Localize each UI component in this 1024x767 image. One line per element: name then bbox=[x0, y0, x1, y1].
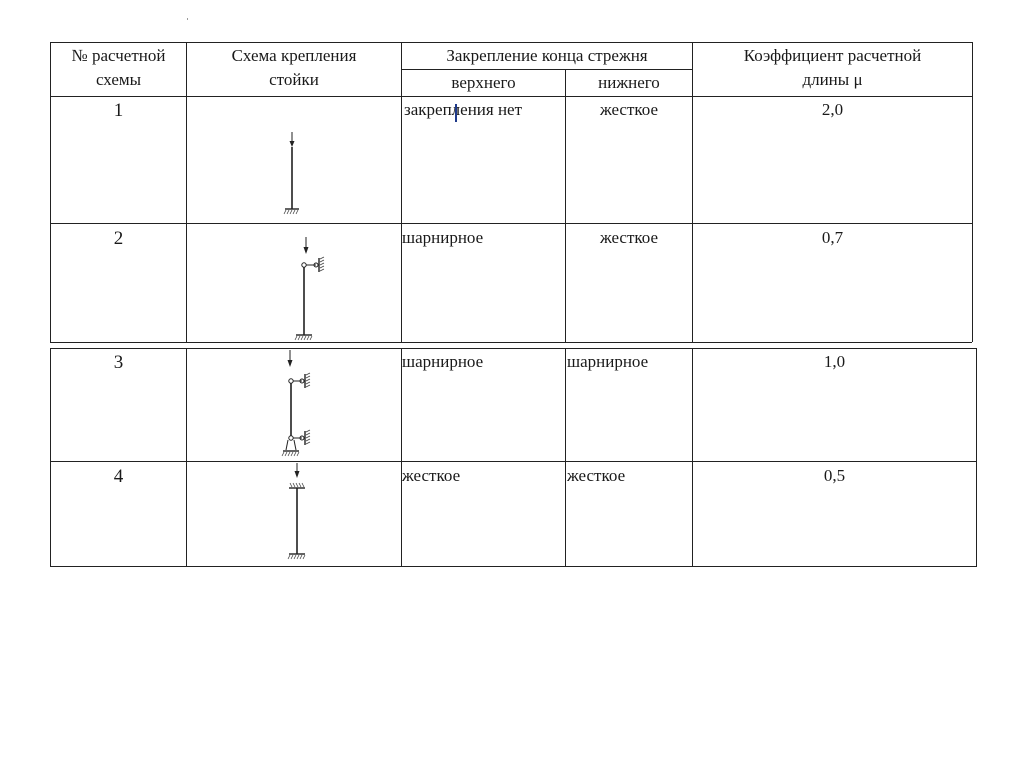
text-cursor bbox=[455, 104, 457, 122]
row-lower-fixing: жесткое bbox=[567, 466, 625, 486]
row-mu: 0,5 bbox=[693, 466, 976, 486]
pinned-top-pinned-bottom-column-icon bbox=[280, 350, 320, 460]
row-upper-fixing: шарнирное bbox=[402, 228, 483, 248]
table-border bbox=[50, 566, 977, 567]
row-lower-fixing: жесткое bbox=[566, 228, 692, 248]
header-upper: верхнего bbox=[402, 73, 565, 93]
header-scheme-diagram-line1: Схема крепления bbox=[187, 46, 401, 66]
header-lower: нижнего bbox=[566, 73, 692, 93]
row-mu: 1,0 bbox=[693, 352, 976, 372]
row-mu: 0,7 bbox=[693, 228, 972, 248]
table-border bbox=[50, 342, 972, 343]
table-border bbox=[692, 348, 693, 567]
table-border bbox=[50, 461, 977, 462]
header-scheme-number-line2: схемы bbox=[51, 70, 186, 90]
pinned-top-fixed-bottom-column-icon bbox=[292, 236, 332, 342]
row-upper-fixing: шарнирное bbox=[402, 352, 483, 372]
table-border bbox=[50, 42, 972, 43]
table-border bbox=[50, 223, 972, 224]
table-border bbox=[50, 348, 51, 567]
header-scheme-diagram-line2: стойки bbox=[187, 70, 401, 90]
row-upper-fixing: закрепления нет bbox=[404, 100, 522, 120]
row-mu: 2,0 bbox=[693, 100, 972, 120]
table-border bbox=[972, 42, 973, 342]
row-number: 1 bbox=[51, 101, 186, 121]
table-border bbox=[976, 348, 977, 567]
table-border bbox=[401, 348, 402, 567]
row-number: 3 bbox=[51, 353, 186, 373]
free-top-fixed-bottom-column-icon bbox=[280, 130, 304, 220]
table-border bbox=[186, 348, 187, 567]
row-upper-fixing: жесткое bbox=[402, 466, 460, 486]
header-coefficient-line2: длины μ bbox=[693, 70, 972, 90]
row-lower-fixing: шарнирное bbox=[567, 352, 648, 372]
header-scheme-number-line1: № расчетной bbox=[51, 46, 186, 66]
table-border bbox=[50, 96, 972, 97]
table-border bbox=[50, 348, 977, 349]
fixed-top-fixed-bottom-column-icon bbox=[285, 463, 315, 563]
speck bbox=[187, 18, 188, 20]
table-border bbox=[401, 69, 692, 70]
row-lower-fixing: жесткое bbox=[566, 100, 692, 120]
row-number: 2 bbox=[51, 229, 186, 249]
table-border bbox=[565, 348, 566, 567]
row-number: 4 bbox=[51, 467, 186, 487]
header-end-fixing: Закрепление конца стрежня bbox=[402, 46, 692, 66]
header-coefficient-line1: Коэффициент расчетной bbox=[693, 46, 972, 66]
